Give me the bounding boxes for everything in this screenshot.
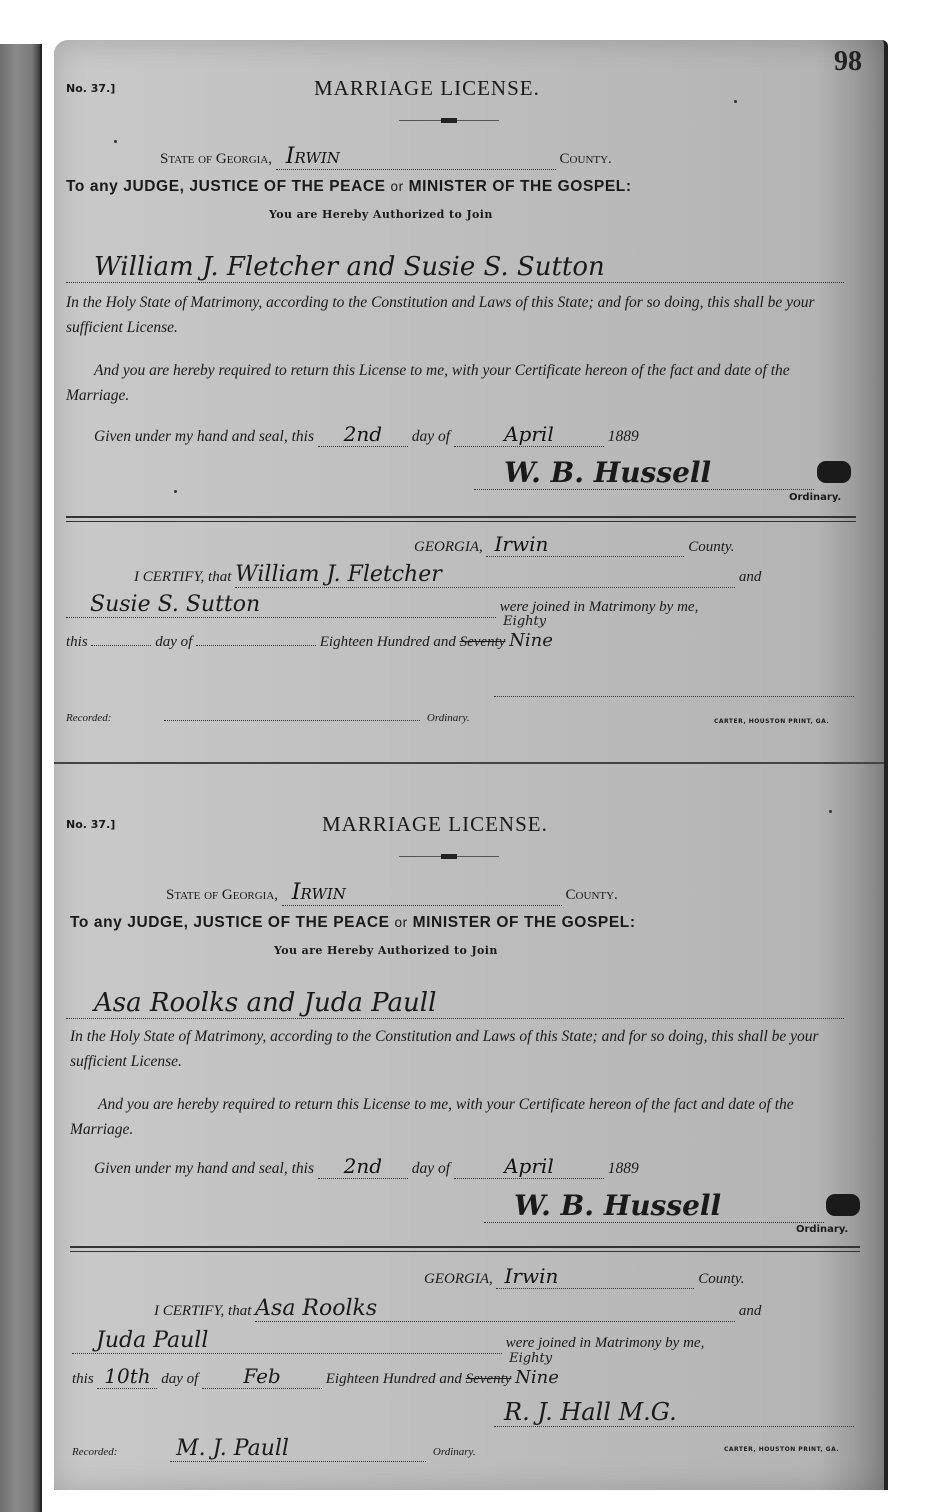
certify-line: I CERTIFY, that William J. Fletcher and [134, 562, 761, 588]
register-page: 98 No. 37.] MARRIAGE LICENSE. State of G… [54, 40, 888, 1490]
given-day-of: day of [412, 1160, 450, 1177]
printer-mark: CARTER, HOUSTON PRINT, GA. [714, 718, 829, 725]
county-label: County. [688, 539, 734, 555]
year-struck: Seventy [466, 1371, 512, 1387]
license-separator [54, 762, 884, 764]
paper-speck [174, 490, 177, 493]
officiant-field [494, 662, 854, 697]
bride-name: Juda Paull [72, 1328, 502, 1354]
this-label: this [72, 1371, 94, 1387]
address-line: To any JUDGE, JUSTICE OF THE PEACE or MI… [70, 914, 636, 932]
address-or: or [391, 178, 404, 194]
certify-label: I CERTIFY, that [154, 1303, 251, 1319]
names-handwritten: Asa Roolks and Juda Paull [94, 988, 436, 1018]
officiant-field: R. J. Hall M.G. [494, 1392, 854, 1427]
address-line: To any JUDGE, JUSTICE OF THE PEACE or MI… [66, 178, 632, 196]
address-or: or [395, 914, 408, 930]
seal-icon [826, 1194, 860, 1216]
given-month: April [454, 422, 604, 447]
seal-icon [817, 461, 851, 483]
marriage-license-1: No. 37.] MARRIAGE LICENSE. State of Geor… [54, 40, 884, 760]
given-day: 2nd [318, 1154, 408, 1179]
given-year: 1889 [608, 1160, 639, 1177]
year-handwritten: Eighty Nine [509, 630, 553, 651]
certificate-county: Irwin [496, 1264, 694, 1289]
names-handwritten: William J. Fletcher and Susie S. Sutton [94, 252, 605, 282]
paper-speck [734, 100, 737, 103]
ordinary-label: Ordinary. [789, 492, 841, 503]
marriage-date-line: this 10th day of Feb Eighteen Hundred an… [72, 1364, 559, 1389]
ordinary-signature: W. B. Hussell [504, 456, 711, 489]
form-number: No. 37.] [66, 82, 115, 95]
and-label: and [739, 1303, 762, 1319]
joined-label: were joined in Matrimony by me, [500, 599, 699, 615]
given-year: 1889 [608, 428, 639, 445]
year-hand: Nine [509, 630, 553, 651]
title-ornament [399, 120, 499, 121]
state-prefix: State of Georgia, [166, 887, 278, 903]
bride-name: Susie S. Sutton [66, 592, 496, 618]
joined-line: Susie S. Sutton were joined in Matrimony… [66, 592, 698, 618]
marriage-day: 10th [97, 1364, 157, 1389]
given-line: Given under my hand and seal, this 2nd d… [94, 422, 639, 447]
given-prefix: Given under my hand and seal, this [94, 1160, 314, 1177]
recorded-line: Recorded: M. J. Paull Ordinary. [72, 1436, 476, 1462]
county-handwritten: Irwin [276, 144, 556, 170]
county-suffix: County. [566, 887, 618, 903]
county-handwritten: Irwin [282, 880, 562, 906]
adjacent-page-edge [0, 44, 42, 1512]
address-end: MINISTER OF THE GOSPEL: [413, 914, 636, 931]
day-of-label: day of [155, 634, 192, 650]
authorized-heading: You are Hereby Authorized to Join [274, 944, 498, 957]
address-text: To any JUDGE, JUSTICE OF THE PEACE [70, 914, 390, 931]
certify-label: I CERTIFY, that [134, 569, 231, 585]
matrimony-paragraph: In the Holy State of Matrimony, accordin… [70, 1024, 860, 1074]
year-hand-above: Eighty [509, 1351, 552, 1366]
given-day-of: day of [412, 428, 450, 445]
state-county-line: State of Georgia, Irwin County. [166, 880, 618, 906]
ordinary-signature-field: W. B. Hussell [484, 1178, 824, 1223]
groom-name: William J. Fletcher [235, 562, 735, 588]
georgia-label: GEORGIA, [424, 1271, 493, 1287]
ordinary-label: Ordinary. [796, 1224, 848, 1235]
section-divider [66, 516, 856, 518]
and-label: and [739, 569, 762, 585]
matrimony-paragraph: In the Holy State of Matrimony, accordin… [66, 290, 856, 340]
year-prefix: Eighteen Hundred and [326, 1371, 462, 1387]
given-day: 2nd [318, 422, 408, 447]
groom-name: Asa Roolks [255, 1296, 735, 1322]
officiant-signature: R. J. Hall M.G. [504, 1398, 677, 1426]
given-prefix: Given under my hand and seal, this [94, 428, 314, 445]
paper-speck [114, 140, 117, 143]
georgia-label: GEORGIA, [414, 539, 483, 555]
year-struck: Seventy [460, 634, 506, 650]
recorded-ordinary-label: Ordinary. [427, 712, 470, 724]
certify-line: I CERTIFY, that Asa Roolks and [154, 1296, 761, 1322]
ordinary-signature-field: W. B. Hussell [474, 445, 814, 490]
address-end: MINISTER OF THE GOSPEL: [409, 178, 632, 195]
license-title: MARRIAGE LICENSE. [322, 812, 548, 837]
recorded-by: M. J. Paull [170, 1436, 426, 1462]
recorded-ordinary-label: Ordinary. [433, 1446, 476, 1458]
title-ornament [399, 856, 499, 857]
marriage-license-2: No. 37.] MARRIAGE LICENSE. State of Geor… [54, 796, 884, 1496]
recorded-by [164, 720, 420, 721]
return-paragraph: And you are hereby required to return th… [70, 1092, 860, 1142]
names-field: William J. Fletcher and Susie S. Sutton [66, 238, 844, 283]
address-text: To any JUDGE, JUSTICE OF THE PEACE [66, 178, 386, 195]
county-label: County. [698, 1271, 744, 1287]
recorded-label: Recorded: [66, 712, 111, 724]
given-month: April [454, 1154, 604, 1179]
recorded-line: Recorded: Ordinary. [66, 712, 470, 724]
state-prefix: State of Georgia, [160, 151, 272, 167]
year-hand-above: Eighty [503, 614, 546, 629]
section-divider [70, 1246, 860, 1248]
authorized-heading: You are Hereby Authorized to Join [269, 208, 493, 221]
names-field: Asa Roolks and Juda Paull [66, 974, 844, 1019]
form-number: No. 37.] [66, 818, 115, 831]
given-line: Given under my hand and seal, this 2nd d… [94, 1154, 639, 1179]
ordinary-signature: W. B. Hussell [514, 1189, 721, 1222]
joined-label: were joined in Matrimony by me, [506, 1335, 705, 1351]
marriage-day [91, 645, 151, 646]
marriage-date-line: this day of Eighteen Hundred and Seventy… [66, 630, 553, 651]
certificate-county: Irwin [486, 532, 684, 557]
year-prefix: Eighteen Hundred and [320, 634, 456, 650]
marriage-month [196, 645, 316, 646]
certificate-county-line: GEORGIA, Irwin County. [424, 1264, 745, 1289]
joined-line: Juda Paull were joined in Matrimony by m… [72, 1328, 704, 1354]
day-of-label: day of [161, 1371, 198, 1387]
year-handwritten: Eighty Nine [515, 1367, 559, 1388]
marriage-month: Feb [202, 1364, 322, 1389]
year-hand: Nine [515, 1367, 559, 1388]
license-title: MARRIAGE LICENSE. [314, 76, 540, 101]
certificate-county-line: GEORGIA, Irwin County. [414, 532, 735, 557]
county-suffix: County. [560, 151, 612, 167]
this-label: this [66, 634, 88, 650]
return-paragraph: And you are hereby required to return th… [66, 358, 856, 408]
recorded-label: Recorded: [72, 1446, 117, 1458]
printer-mark: CARTER, HOUSTON PRINT, GA. [724, 1446, 839, 1453]
state-county-line: State of Georgia, Irwin County. [160, 144, 612, 170]
paper-speck [829, 810, 832, 813]
